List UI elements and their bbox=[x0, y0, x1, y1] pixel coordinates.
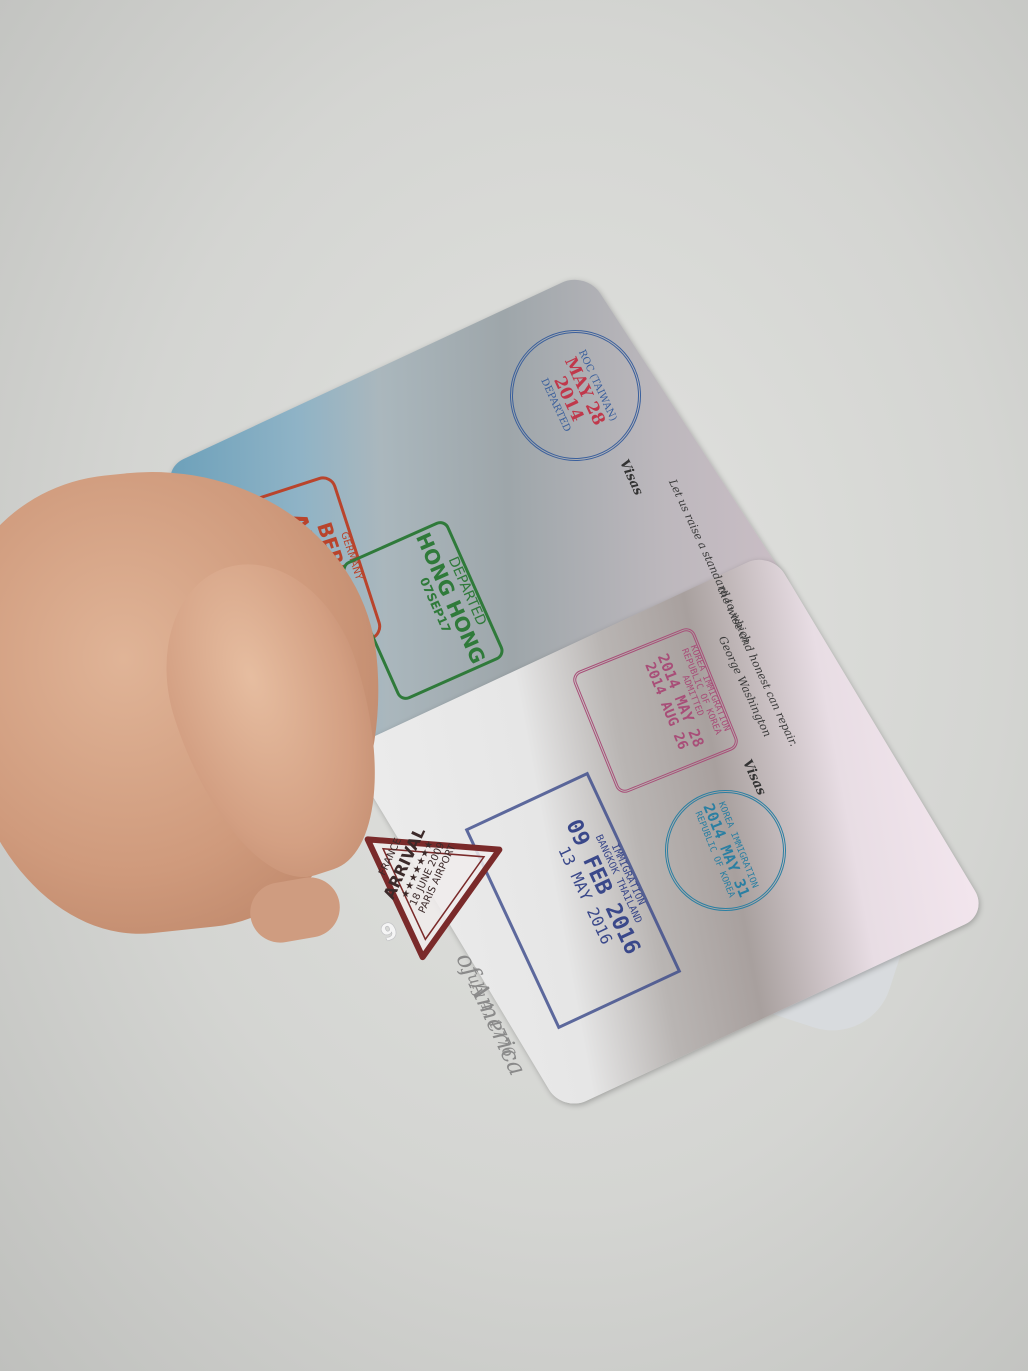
photo-scene: Visas Visas Let us raise a standard to w… bbox=[0, 0, 1028, 1371]
